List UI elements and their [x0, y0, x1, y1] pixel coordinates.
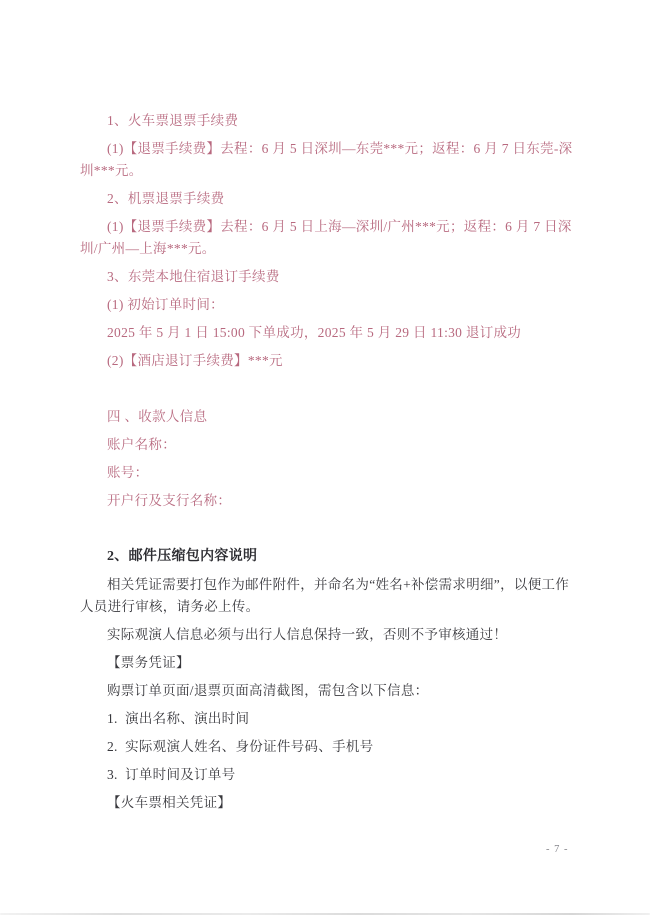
train-refund-fee-detail-cont: 圳***元。 — [80, 160, 574, 182]
page-number: - 7 - — [546, 844, 569, 855]
requirement-item-3: 3. 订单时间及订单号 — [80, 764, 574, 786]
screenshot-requirements-intro: 购票订单页面/退票页面高清截图，需包含以下信息： — [80, 680, 574, 702]
requirement-item-2: 2. 实际观演人姓名、身份证件号码、手机号 — [80, 736, 574, 758]
account-name-label: 账户名称： — [80, 434, 574, 456]
heading-train-ticket-proof: 【火车票相关凭证】 — [80, 792, 574, 814]
requirement-item-1: 1. 演出名称、演出时间 — [80, 708, 574, 730]
document-page: 1、火车票退票手续费 (1)【退票手续费】去程：6 月 5 日深圳—东莞***元… — [0, 0, 650, 918]
bank-branch-label: 开户行及支行名称： — [80, 490, 574, 512]
hotel-cancel-fee-detail: (2)【酒店退订手续费】***元 — [80, 350, 574, 372]
heading-ticket-proof: 【票务凭证】 — [80, 652, 574, 674]
attachment-naming-instruction: 相关凭证需要打包作为邮件附件，并命名为“姓名+补偿需求明细”，以便工作 — [80, 574, 574, 596]
heading-payee-info: 四 、收款人信息 — [80, 406, 574, 428]
heading-flight-refund-fee: 2、机票退票手续费 — [80, 188, 574, 210]
hotel-order-timeline: 2025 年 5 月 1 日 15:00 下单成功，2025 年 5 月 29 … — [80, 322, 574, 344]
heading-hotel-cancel-fee: 3、东莞本地住宿退订手续费 — [80, 266, 574, 288]
train-refund-fee-detail: (1)【退票手续费】去程：6 月 5 日深圳—东莞***元；返程：6 月 7 日… — [80, 138, 574, 160]
flight-refund-fee-detail-cont: 圳/广州—上海***元。 — [80, 238, 574, 260]
hotel-initial-order-time-label: (1) 初始订单时间： — [80, 294, 574, 316]
account-number-label: 账号： — [80, 462, 574, 484]
document-text-block: 1、火车票退票手续费 (1)【退票手续费】去程：6 月 5 日深圳—东莞***元… — [80, 110, 574, 820]
attachment-naming-instruction-cont: 人员进行审核，请务必上传。 — [80, 596, 574, 618]
scan-edge-line — [0, 913, 650, 915]
flight-refund-fee-detail: (1)【退票手续费】去程：6 月 5 日上海—深圳/广州***元；返程：6 月 … — [80, 216, 574, 238]
viewer-identity-warning: 实际观演人信息必须与出行人信息保持一致，否则不予审核通过！ — [80, 624, 574, 646]
heading-email-archive-contents: 2、邮件压缩包内容说明 — [80, 546, 574, 568]
heading-train-refund-fee: 1、火车票退票手续费 — [80, 110, 574, 132]
